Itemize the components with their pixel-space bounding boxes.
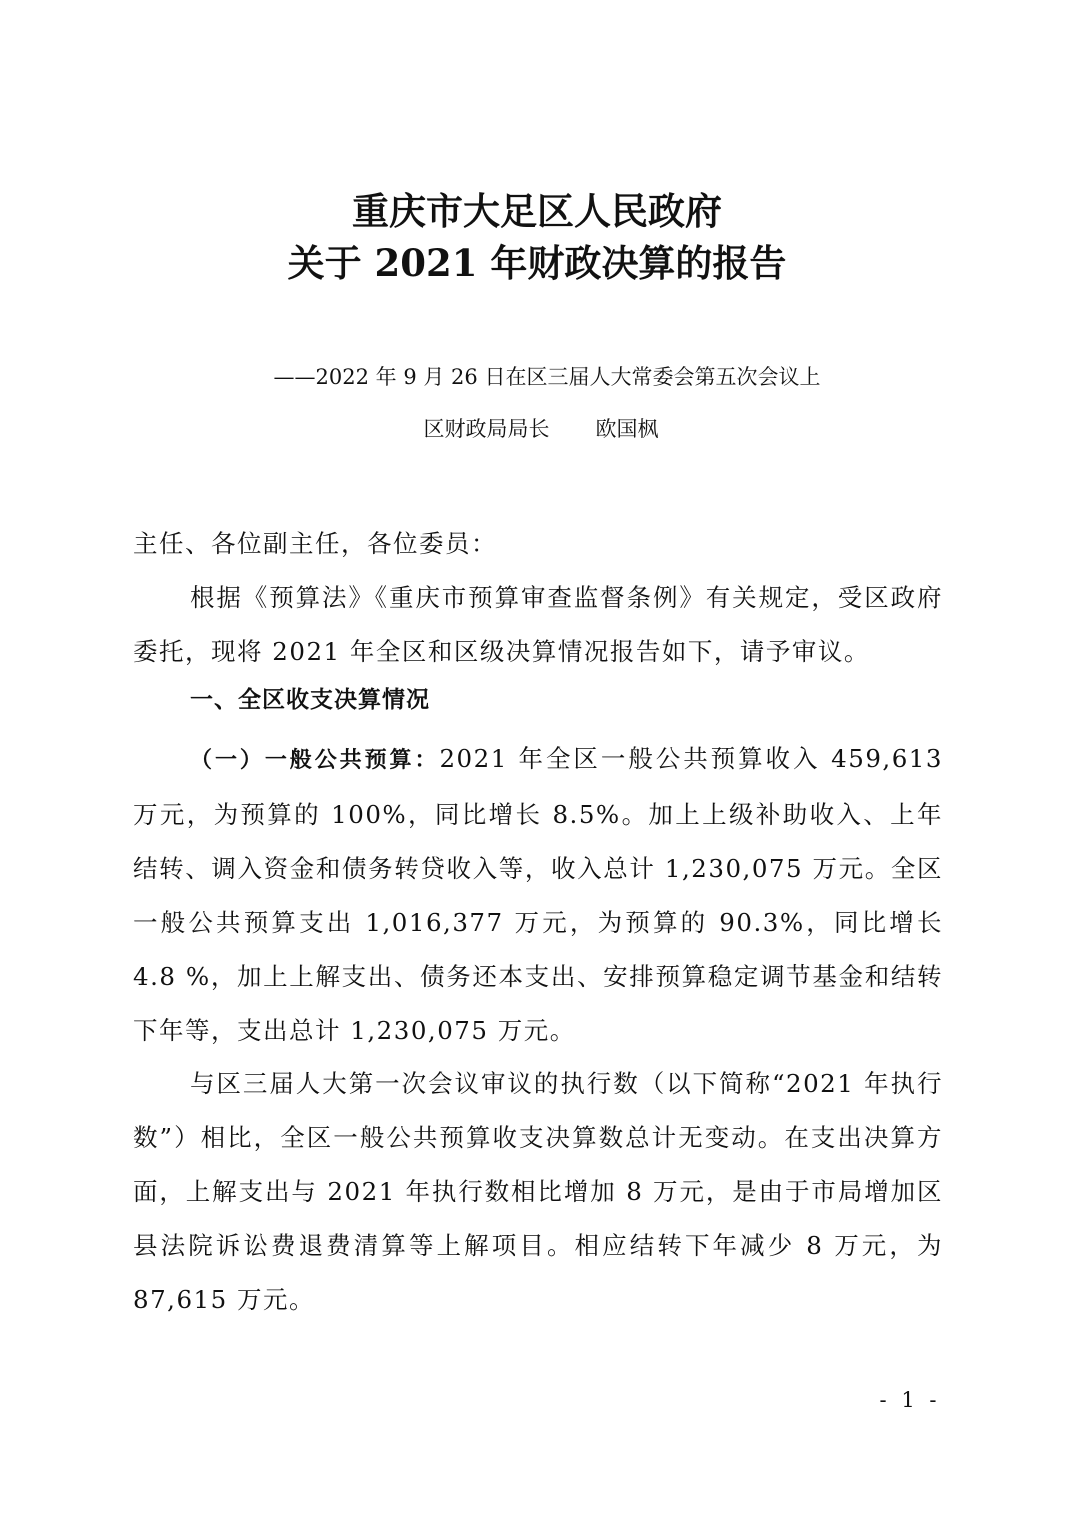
general-budget-paragraph: （一）一般公共预算：2021 年全区一般公共预算收入 459,613 万元，为预… [133, 732, 943, 1058]
comparison-paragraph: 与区三届人大第一次会议审议的执行数（以下简称“2021 年执行数”）相比，全区一… [133, 1057, 943, 1327]
subsection-body: 2021 年全区一般公共预算收入 459,613 万元，为预算的 100%，同比… [133, 744, 943, 1045]
salutation: 主任、各位副主任，各位委员： [133, 517, 943, 571]
meeting-dateline: ——2022 年 9 月 26 日在区三届人大常委会第五次会议上 [10, 362, 1074, 392]
document-page: 重庆市大足区人民政府 关于 2021 年财政决算的报告 ——2022 年 9 月… [0, 0, 1074, 1520]
author-title: 区财政局局长 [424, 417, 550, 441]
subsection-lead: （一）一般公共预算： [190, 748, 439, 773]
document-title-line-2: 关于 2021 年财政决算的报告 [0, 240, 1074, 286]
intro-paragraph: 根据《预算法》《重庆市预算审查监督条例》有关规定，受区政府委托，现将 2021 … [133, 571, 943, 679]
author-line: 区财政局局长欧国枫 [4, 414, 1074, 444]
document-title-line-1: 重庆市大足区人民政府 [0, 188, 1074, 234]
section-heading: 一、全区收支决算情况 [190, 680, 430, 720]
author-name: 欧国枫 [596, 417, 659, 441]
page-number: - 1 - [870, 1385, 950, 1415]
